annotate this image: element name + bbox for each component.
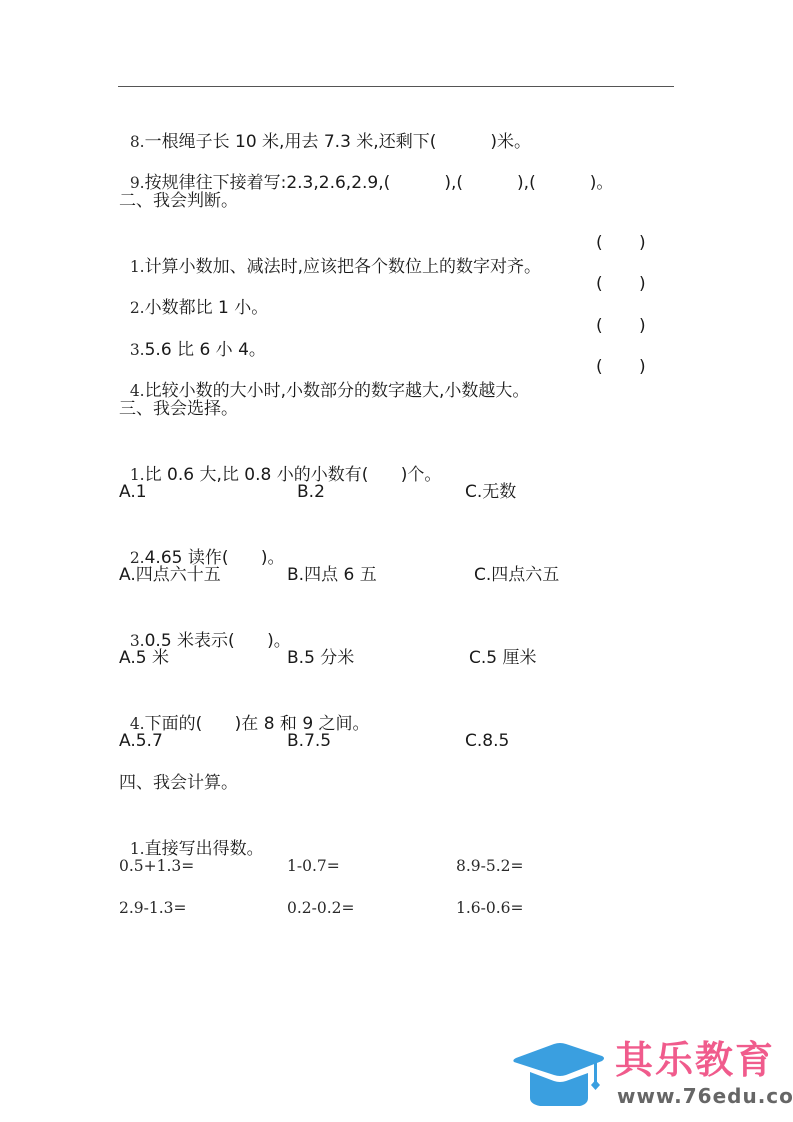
option-c: C.8.5 [465,729,509,753]
choice-question-1: 1.比 0.6 大,比 0.8 小的小数有( )个。 [119,439,441,463]
option-b: B.2 [297,480,325,504]
question-8: 8.一根绳子长 10 米,用去 7.3 米,还剩下( )米。 [119,106,531,130]
answer-paren-open: ( [596,231,603,255]
judge-item-4: 4.比较小数的大小时,小数部分的数字越大,小数越大。 [119,355,529,379]
choice-question-4: 4.下面的( )在 8 和 9 之间。 [119,688,370,712]
answer-paren-open: ( [596,314,603,338]
answer-paren-close: ) [639,231,646,255]
choice-question-3: 3.0.5 米表示( )。 [119,605,291,629]
option-a: A.四点六十五 [119,563,221,587]
watermark-logo: 其乐教育 www.76edu.com [510,1040,790,1115]
calc-problem: 8.9-5.2= [456,854,524,878]
option-a: A.5.7 [119,729,163,753]
header-rule [118,86,674,87]
calc-problem: 0.5+1.3= [119,854,194,878]
option-c: C.四点六五 [474,563,559,587]
calc-problem: 1-0.7= [287,854,340,878]
section-heading-calculate: 四、我会计算。 [119,771,238,795]
question-text: 比 0.6 大,比 0.8 小的小数有( )个。 [145,465,442,485]
judge-item-2: 2.小数都比 1 小。 [119,272,268,296]
option-a: A.5 米 [119,646,169,670]
judge-item-3: 3.5.6 比 6 小 4。 [119,314,266,338]
calc-problem: 0.2-0.2= [287,896,355,920]
graduation-cap-icon [510,1040,610,1112]
answer-paren-open: ( [596,355,603,379]
option-b: B.四点 6 五 [287,563,377,587]
question-9: 9.按规律往下接着写:2.3,2.6,2.9,( ),( ),( )。 [119,147,613,171]
calc-problem: 2.9-1.3= [119,896,187,920]
option-b: B.5 分米 [287,646,354,670]
answer-paren-open: ( [596,272,603,296]
answer-paren-close: ) [639,355,646,379]
option-b: B.7.5 [287,729,331,753]
calc-problem: 1.6-0.6= [456,896,524,920]
judge-item-1: 1.计算小数加、减法时,应该把各个数位上的数字对齐。 [119,231,541,255]
option-a: A.1 [119,480,147,504]
brand-url: www.76edu.com [617,1084,793,1108]
question-text: 下面的( )在 8 和 9 之间。 [145,714,370,734]
section-heading-choose: 三、我会选择。 [119,397,238,421]
answer-paren-close: ) [639,272,646,296]
option-c: C.无数 [465,480,516,504]
option-c: C.5 厘米 [469,646,537,670]
brand-name: 其乐教育 [615,1038,775,1082]
section-heading-judge: 二、我会判断。 [119,189,238,213]
answer-paren-close: ) [639,314,646,338]
calc-subheading-1: 1.直接写出得数。 [119,813,264,837]
choice-question-2: 2.4.65 读作( )。 [119,522,285,546]
